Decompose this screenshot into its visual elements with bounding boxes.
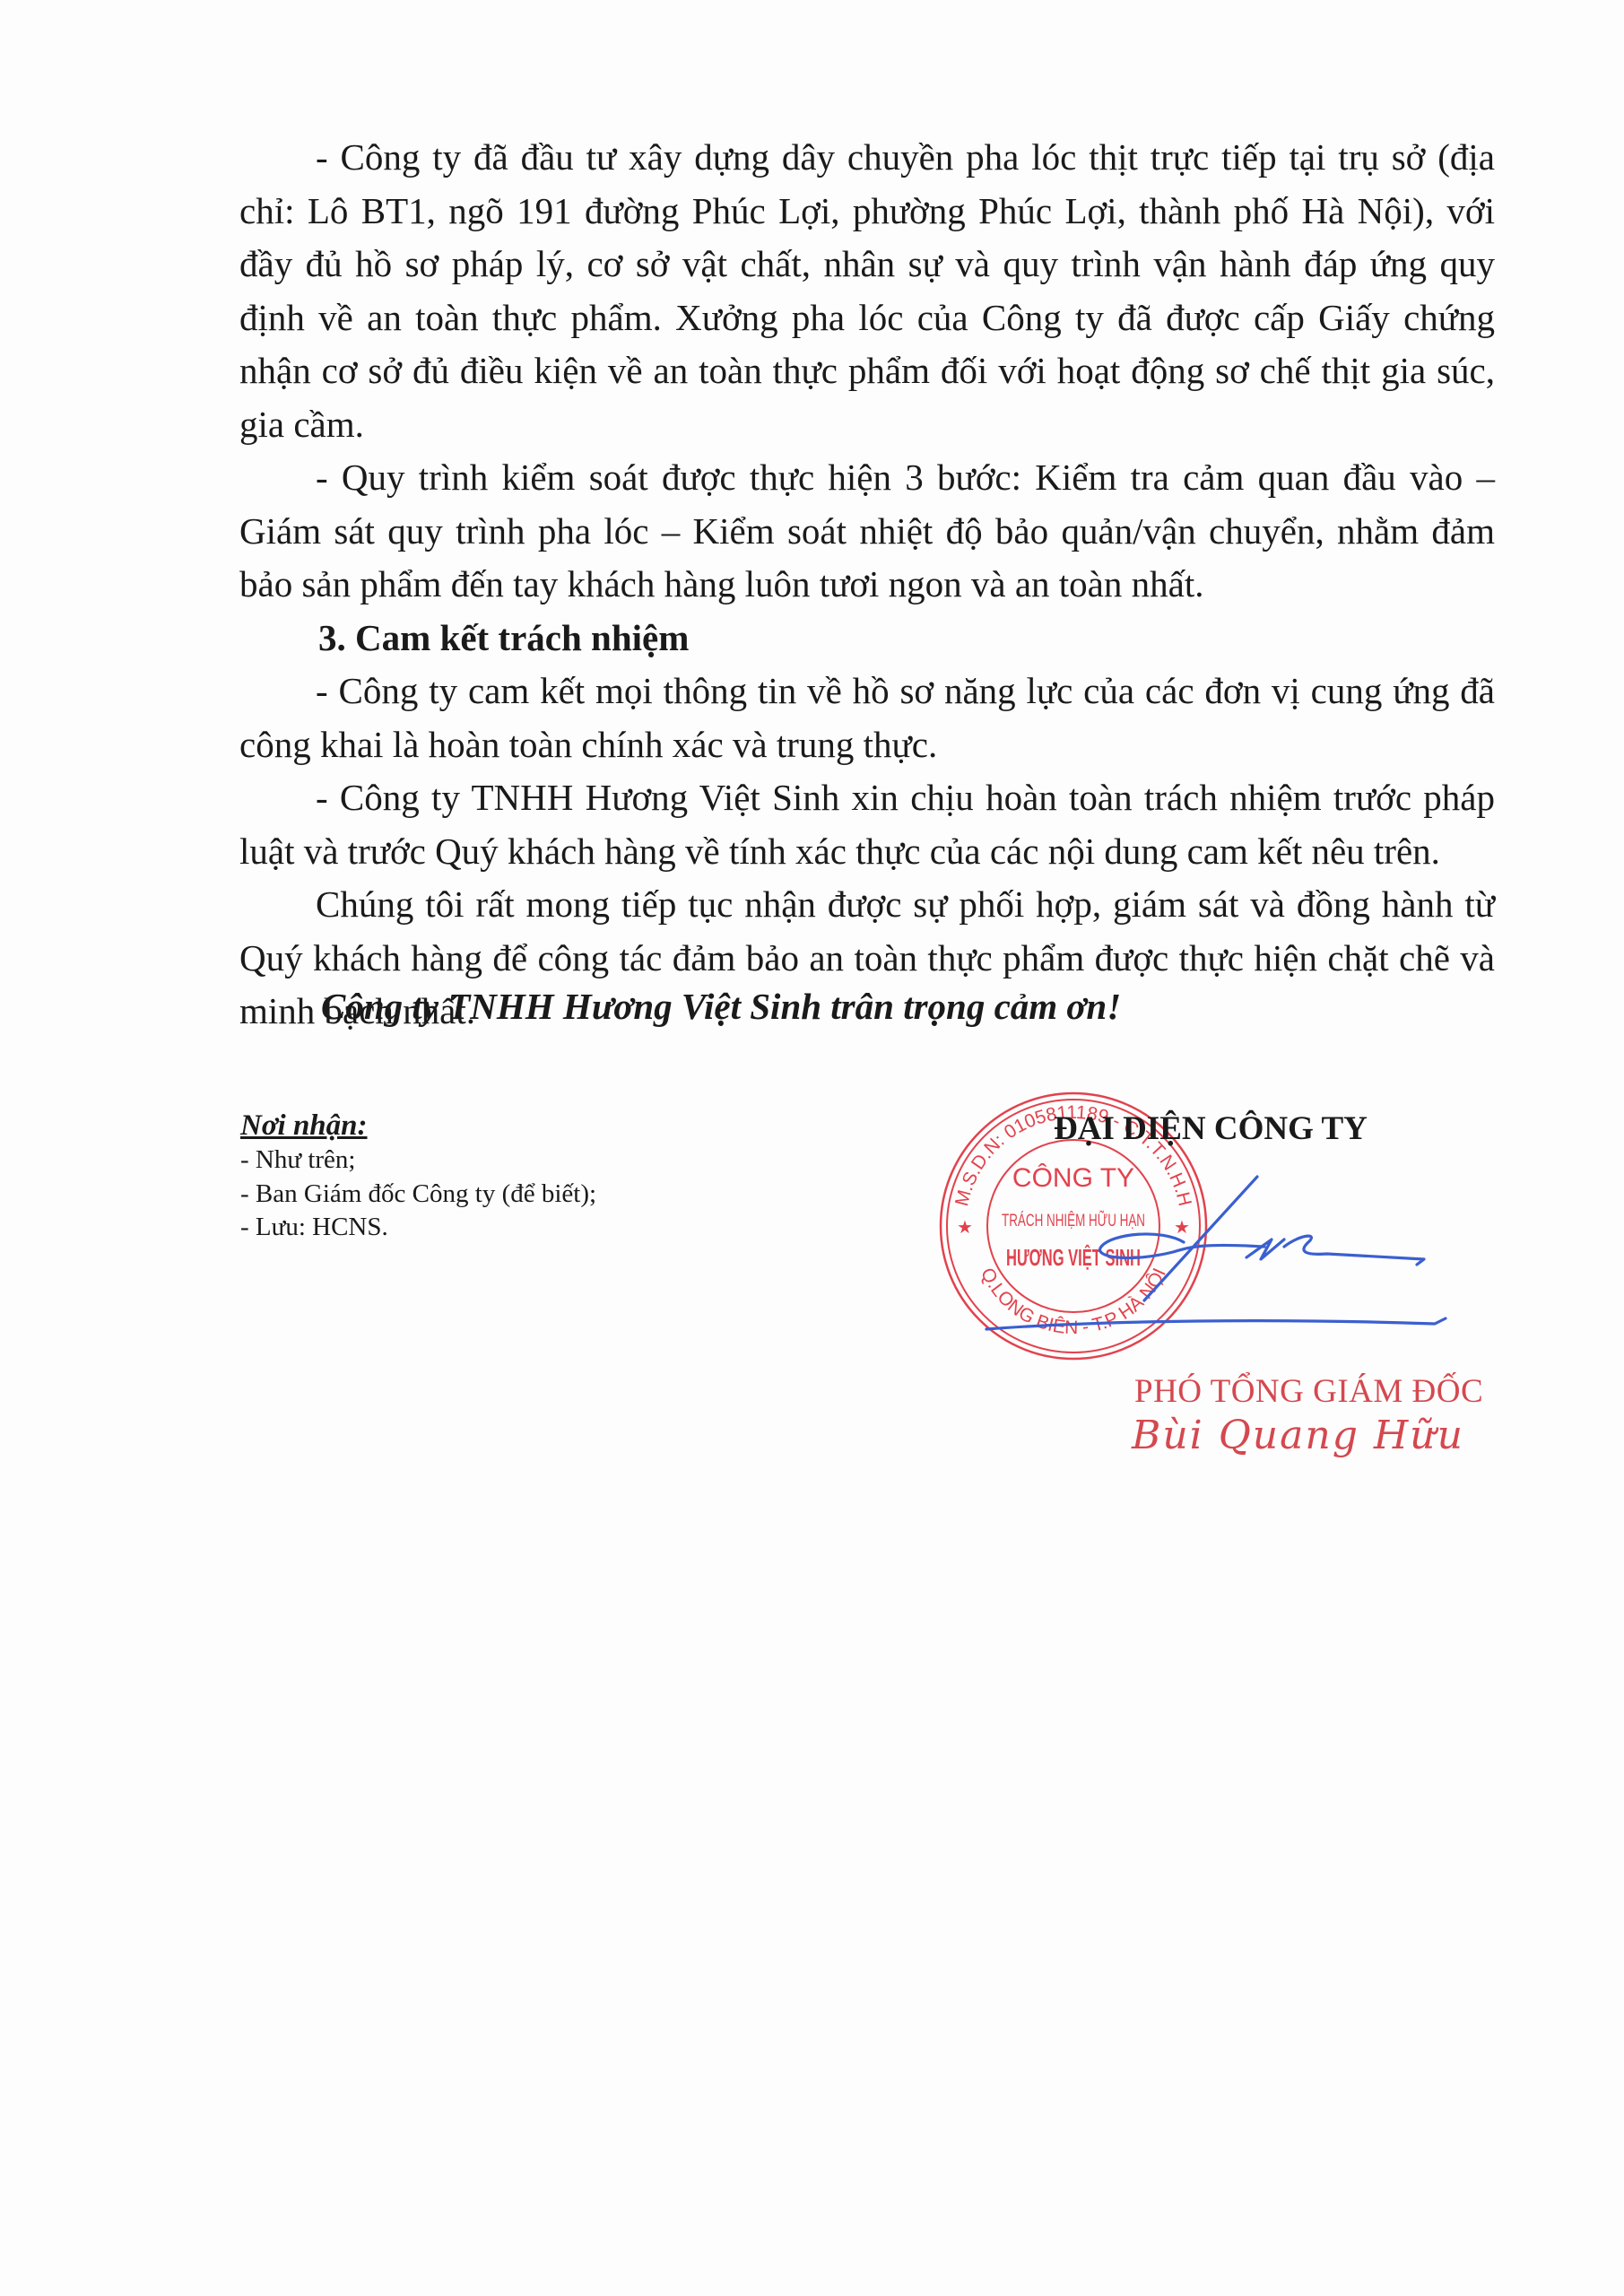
paragraph-processing-line: - Công ty đã đầu tư xây dựng dây chuyền … xyxy=(239,131,1495,451)
recipient-item: - Ban Giám đốc Công ty (để biết); xyxy=(240,1178,596,1212)
signer-position: PHÓ TỔNG GIÁM ĐỐC xyxy=(1134,1372,1483,1411)
recipients-title: Nơi nhận: xyxy=(240,1108,596,1144)
paragraph-control-process: - Quy trình kiểm soát được thực hiện 3 b… xyxy=(239,451,1495,612)
closing-thanks: Công ty TNHH Hương Việt Sinh trân trọng … xyxy=(321,985,1121,1028)
recipients-block: Nơi nhận: - Như trên; - Ban Giám đốc Côn… xyxy=(240,1108,596,1245)
document-page: - Công ty đã đầu tư xây dựng dây chuyền … xyxy=(0,0,1624,2296)
section-heading-commitment: 3. Cam kết trách nhiệm xyxy=(239,612,1495,665)
handwritten-signature xyxy=(968,1157,1471,1345)
signer-name: Bùi Quang Hữu xyxy=(1132,1413,1464,1458)
representative-title: ĐẠI DIỆN CÔNG TY xyxy=(1054,1109,1368,1148)
letter-body: - Công ty đã đầu tư xây dựng dây chuyền … xyxy=(239,131,1495,1039)
recipient-item: - Lưu: HCNS. xyxy=(240,1211,596,1245)
recipient-item: - Như trên; xyxy=(240,1144,596,1178)
paragraph-commitment-responsibility: - Công ty TNHH Hương Việt Sinh xin chịu … xyxy=(239,771,1495,878)
paragraph-commitment-accuracy: - Công ty cam kết mọi thông tin về hồ sơ… xyxy=(239,665,1495,771)
